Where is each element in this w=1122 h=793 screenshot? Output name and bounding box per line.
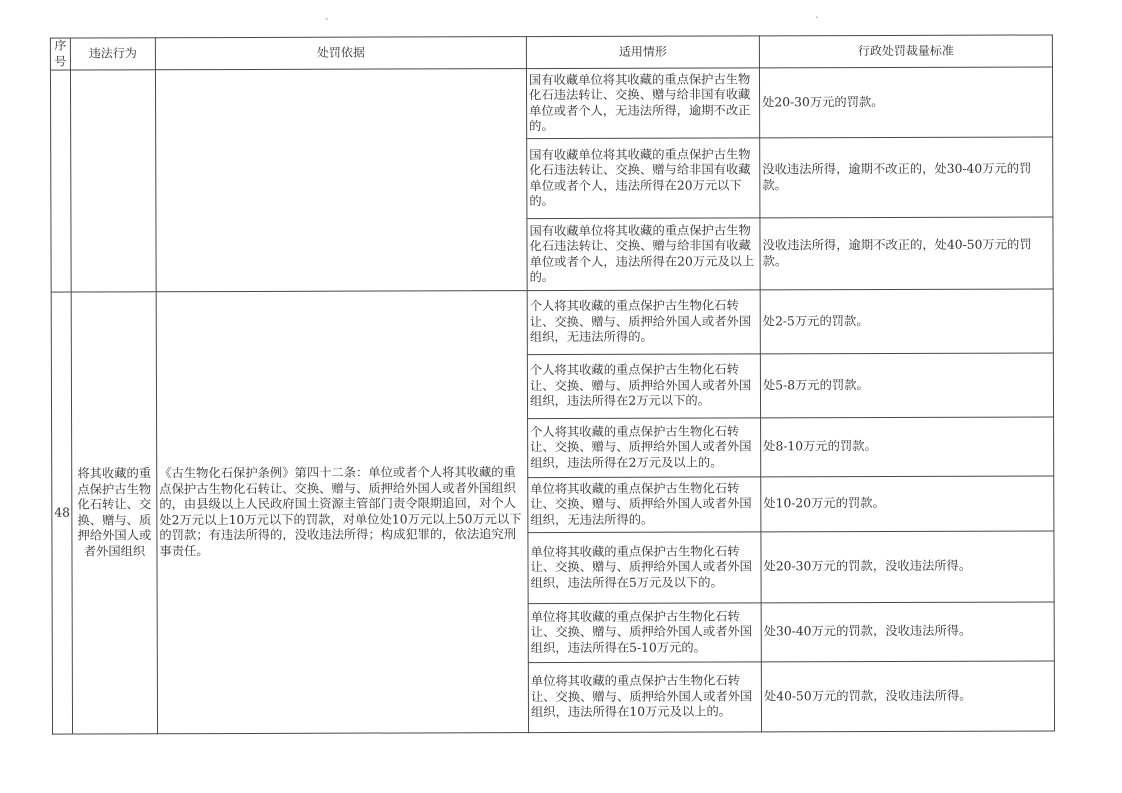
penalty-standards-table: 序号 违法行为 处罚依据 适用情形 行政处罚裁量标准 国有收藏单位将其收藏的重点… [50,34,1055,734]
basis-cell [155,69,527,292]
situation-cell: 单位将其收藏的重点保护古生物化石转让、交换、赠与、质押给外国人或者外国组织，无违… [528,477,761,533]
header-situation: 适用情形 [526,36,759,69]
header-basis: 处罚依据 [155,37,526,70]
violation-cell [70,70,156,292]
situation-cell: 单位将其收藏的重点保护古生物化石转让、交换、赠与、质押给外国人或者外国组织，违法… [528,662,761,733]
scan-speck [816,16,818,18]
header-row: 序号 违法行为 处罚依据 适用情形 行政处罚裁量标准 [50,35,1052,70]
situation-cell: 国有收藏单位将其收藏的重点保护古生物化石违法转让、交换、赠与给非国有收藏单位或者… [526,68,759,139]
scan-speck [326,18,328,20]
situation-cell: 国有收藏单位将其收藏的重点保护古生物化石违法转让、交换、赠与给非国有收藏单位或者… [527,138,760,219]
table-row: 国有收藏单位将其收藏的重点保护古生物化石违法转让、交换、赠与给非国有收藏单位或者… [50,67,1052,140]
standard-cell: 没收违法所得，逾期不改正的，处30-40万元的罚款。 [760,137,1053,218]
violation-cell: 将其收藏的重点保护古生物化石转让、交换、赠与、质押给外国人或者外国组织 [71,292,157,734]
standard-cell: 处2-5万元的罚款。 [760,289,1053,354]
situation-cell: 个人将其收藏的重点保护古生物化石转让、交换、赠与、质押给外国人或者外国组织，无违… [527,290,760,355]
situation-cell: 国有收藏单位将其收藏的重点保护古生物化石违法转让、交换、赠与给非国有收藏单位或者… [527,218,760,291]
seq-cell [50,70,71,292]
seq-cell: 48 [51,292,72,734]
standard-cell: 处40-50万元的罚款，没收违法所得。 [761,661,1054,732]
standard-cell: 处20-30万元的罚款。 [759,67,1052,138]
table-row: 48 将其收藏的重点保护古生物化石转让、交换、赠与、质押给外国人或者外国组织 《… [51,289,1053,356]
header-standard: 行政处罚裁量标准 [759,35,1052,68]
situation-cell: 个人将其收藏的重点保护古生物化石转让、交换、赠与、质押给外国人或者外国组织，违法… [528,418,761,478]
standard-cell: 处30-40万元的罚款，没收违法所得。 [761,602,1054,662]
header-seq: 序号 [50,38,70,70]
basis-cell: 《古生物化石保护条例》第四十二条：单位或者个人将其收藏的重点保护古生物化石转让、… [156,291,528,734]
standard-cell: 没收违法所得，逾期不改正的，处40-50万元的罚款。 [760,217,1053,290]
standard-cell: 处10-20万元的罚款。 [761,476,1054,532]
header-violation: 违法行为 [70,38,155,70]
standard-cell: 处20-30万元的罚款，没收违法所得。 [761,531,1054,603]
standard-cell: 处8-10万元的罚款。 [761,417,1054,477]
situation-cell: 个人将其收藏的重点保护古生物化石转让、交换、赠与、质押给外国人或者外国组织，违法… [527,354,760,419]
situation-cell: 单位将其收藏的重点保护古生物化石转让、交换、赠与、质押给外国人或者外国组织，违法… [528,603,761,663]
standard-cell: 处5-8万元的罚款。 [760,353,1053,418]
situation-cell: 单位将其收藏的重点保护古生物化石转让、交换、赠与、质押给外国人或者外国组织，违法… [528,532,761,604]
scanned-page: 序号 违法行为 处罚依据 适用情形 行政处罚裁量标准 国有收藏单位将其收藏的重点… [0,0,1122,793]
